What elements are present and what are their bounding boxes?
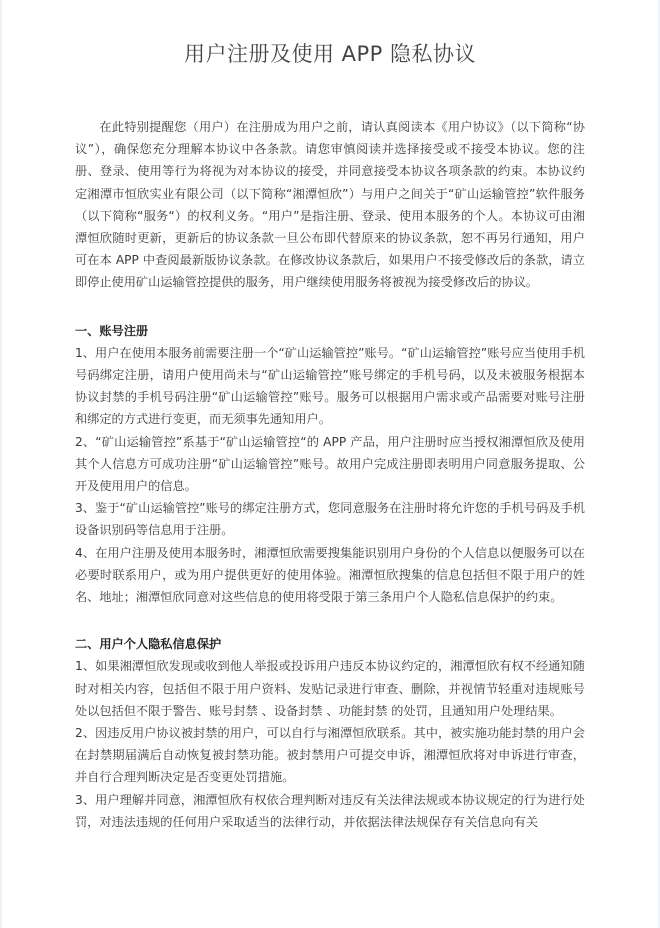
- clause-paragraph: 1、用户在使用本服务前需要注册一个“矿山运输管控”账号。“矿山运输管控”账号应当…: [75, 342, 585, 431]
- privacy-agreement-document: 用户注册及使用 APP 隐私协议 在此特别提醒您（用户）在注册成为用户之前，请认…: [75, 0, 585, 833]
- section-account-registration: 一、账号注册 1、用户在使用本服务前需要注册一个“矿山运输管控”账号。“矿山运输…: [75, 320, 585, 609]
- clause-paragraph: 2、因违反用户协议被封禁的用户，可以自行与湘潭恒欣联系。其中，被实施功能封禁的用…: [75, 722, 585, 789]
- clause-paragraph: 2、“矿山运输管控”系基于“矿山运输管控“的 APP 产品，用户注册时应当授权湘…: [75, 431, 585, 498]
- clause-paragraph: 3、用户理解并同意，湘潭恒欣有权依合理判断对违反有关法律法规或本协议规定的行为进…: [75, 789, 585, 833]
- intro-section: 在此特别提醒您（用户）在注册成为用户之前，请认真阅读本《用户协议》（以下简称“协…: [75, 116, 585, 294]
- section-privacy-protection: 二、用户个人隐私信息保护 1、如果湘潭恒欣发现或收到他人举报或投诉用户违反本协议…: [75, 633, 585, 833]
- left-edge-strip: [0, 0, 2, 928]
- section-heading: 一、账号注册: [75, 320, 585, 342]
- clause-paragraph: 3、鉴于“矿山运输管控”账号的绑定注册方式，您同意服务在注册时将允许您的手机号码…: [75, 497, 585, 541]
- clause-paragraph: 4、在用户注册及使用本服务时，湘潭恒欣需要搜集能识别用户身份的个人信息以便服务可…: [75, 542, 585, 609]
- section-heading: 二、用户个人隐私信息保护: [75, 633, 585, 655]
- clause-paragraph: 1、如果湘潭恒欣发现或收到他人举报或投诉用户违反本协议约定的，湘潭恒欣有权不经通…: [75, 655, 585, 722]
- document-title: 用户注册及使用 APP 隐私协议: [75, 0, 585, 75]
- intro-paragraph: 在此特别提醒您（用户）在注册成为用户之前，请认真阅读本《用户协议》（以下简称“协…: [75, 116, 585, 294]
